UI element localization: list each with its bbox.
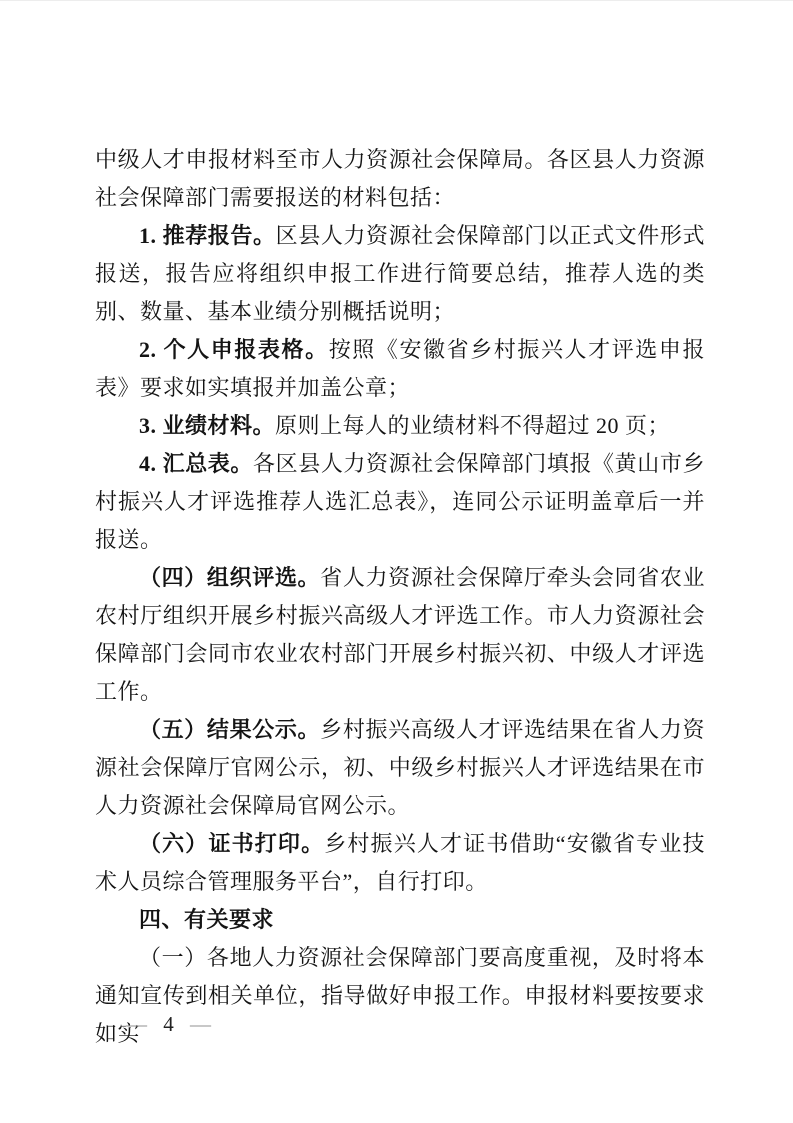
text-run-bold: 1. 推荐报告。 [139,223,276,248]
page-footer: — 4 — [126,1014,212,1035]
paragraph: （四）组织评选。省人力资源社会保障厅牵头会同省农业农村厅组织开展乡村振兴高级人才… [95,559,705,711]
text-run: 原则上每人的业绩材料不得超过 20 页； [275,413,670,438]
paragraph: （五）结果公示。乡村振兴高级人才评选结果在省人力资源社会保障厅官网公示，初、中级… [95,711,705,825]
footer-left-dash: — [126,1012,148,1036]
paragraph: （六）证书打印。乡村振兴人才证书借助“安徽省专业技术人员综合管理服务平台”，自行… [95,825,705,901]
text-run-bold: 2. 个人申报表格。 [139,337,329,362]
text-run-bold: （四）组织评选。 [139,565,320,590]
text-run-bold: 3. 业绩材料。 [139,413,275,438]
text-run-bold: 四、有关要求 [139,907,274,932]
text-run-bold: 4. 汇总表。 [139,451,253,476]
page-number: 4 [163,1012,174,1036]
footer-right-dash: — [190,1012,212,1036]
paragraph: 2. 个人申报表格。按照《安徽省乡村振兴人才评选申报表》要求如实填报并加盖公章； [95,331,705,407]
section-heading: 四、有关要求 [95,901,705,939]
text-run-bold: （五）结果公示。 [139,717,320,742]
paragraph: 3. 业绩材料。原则上每人的业绩材料不得超过 20 页； [95,407,705,445]
text-run: 中级人才申报材料至市人力资源社会保障局。各区县人力资源社会保障部门需要报送的材料… [95,147,705,210]
paragraph: 中级人才申报材料至市人力资源社会保障局。各区县人力资源社会保障部门需要报送的材料… [95,141,705,217]
paragraph: 4. 汇总表。各区县人力资源社会保障部门填报《黄山市乡村振兴人才评选推荐人选汇总… [95,445,705,559]
paragraph: 1. 推荐报告。区县人力资源社会保障部门以正式文件形式报送，报告应将组织申报工作… [95,217,705,331]
document-page: 中级人才申报材料至市人力资源社会保障局。各区县人力资源社会保障部门需要报送的材料… [0,0,793,1123]
text-run-bold: （六）证书打印。 [139,831,324,856]
document-body: 中级人才申报材料至市人力资源社会保障局。各区县人力资源社会保障部门需要报送的材料… [95,141,705,1053]
